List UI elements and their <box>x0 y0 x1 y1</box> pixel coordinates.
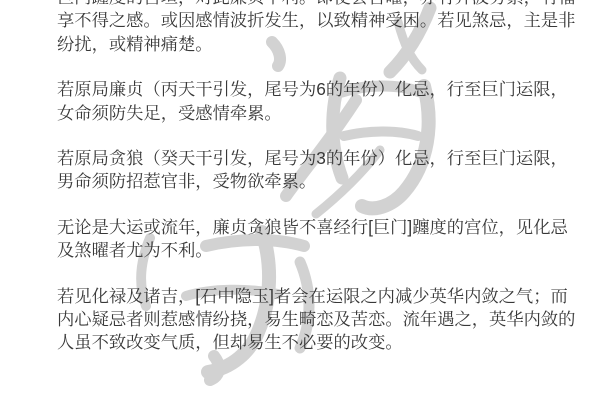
text-line: 纷扰，或精神痛楚。 <box>57 33 597 56</box>
text-line: 巨门躔度的宫垣，对此廉贞不利。即使会吉曜，亦有奔波劳累，有福 <box>57 0 597 9</box>
text-line: 若原局廉贞（丙天干引发，尾号为6的年份）化忌，行至巨门运限， <box>57 78 597 101</box>
text-line: 内心疑忌者则惹感情纷挠，易生畸恋及苦恋。流年遇之，英华内敛的 <box>57 308 597 331</box>
paragraph: 若原局廉贞（丙天干引发，尾号为6的年份）化忌，行至巨门运限，女命须防失足，受感情… <box>57 78 597 125</box>
text-line: 男命须防招惹官非，受物欲牵累。 <box>57 170 597 193</box>
text-line: 若原局贪狼（癸天干引发，尾号为3的年份）化忌，行至巨门运限， <box>57 147 597 170</box>
paragraph: 无论是大运或流年，廉贞贪狼皆不喜经行[巨门]躔度的宫位，见化忌及煞曜者尤为不利。 <box>57 216 597 263</box>
paragraph: 若见化禄及诸吉，[石中隐玉]者会在运限之内减少英华内敛之气；而内心疑忌者则惹感情… <box>57 285 597 355</box>
text-line: 若见化禄及诸吉，[石中隐玉]者会在运限之内减少英华内敛之气；而 <box>57 285 597 308</box>
text-line: 女命须防失足，受感情牵累。 <box>57 102 597 125</box>
text-line: 及煞曜者尤为不利。 <box>57 239 597 262</box>
text-line: 人虽不致改变气质，但却易生不必要的改变。 <box>57 331 597 354</box>
text-line: 无论是大运或流年，廉贞贪狼皆不喜经行[巨门]躔度的宫位，见化忌 <box>57 216 597 239</box>
text-line: 享不得之感。或因感情波折发生，以致精神受困。若见煞忌，主是非 <box>57 9 597 32</box>
paragraph: 巨门躔度的宫垣，对此廉贞不利。即使会吉曜，亦有奔波劳累，有福享不得之感。或因感情… <box>57 0 597 56</box>
text-content: 巨门躔度的宫垣，对此廉贞不利。即使会吉曜，亦有奔波劳累，有福享不得之感。或因感情… <box>57 0 597 377</box>
paragraph: 若原局贪狼（癸天干引发，尾号为3的年份）化忌，行至巨门运限，男命须防招惹官非，受… <box>57 147 597 194</box>
document-page: 巨门躔度的宫垣，对此廉贞不利。即使会吉曜，亦有奔波劳累，有福享不得之感。或因感情… <box>0 0 600 400</box>
